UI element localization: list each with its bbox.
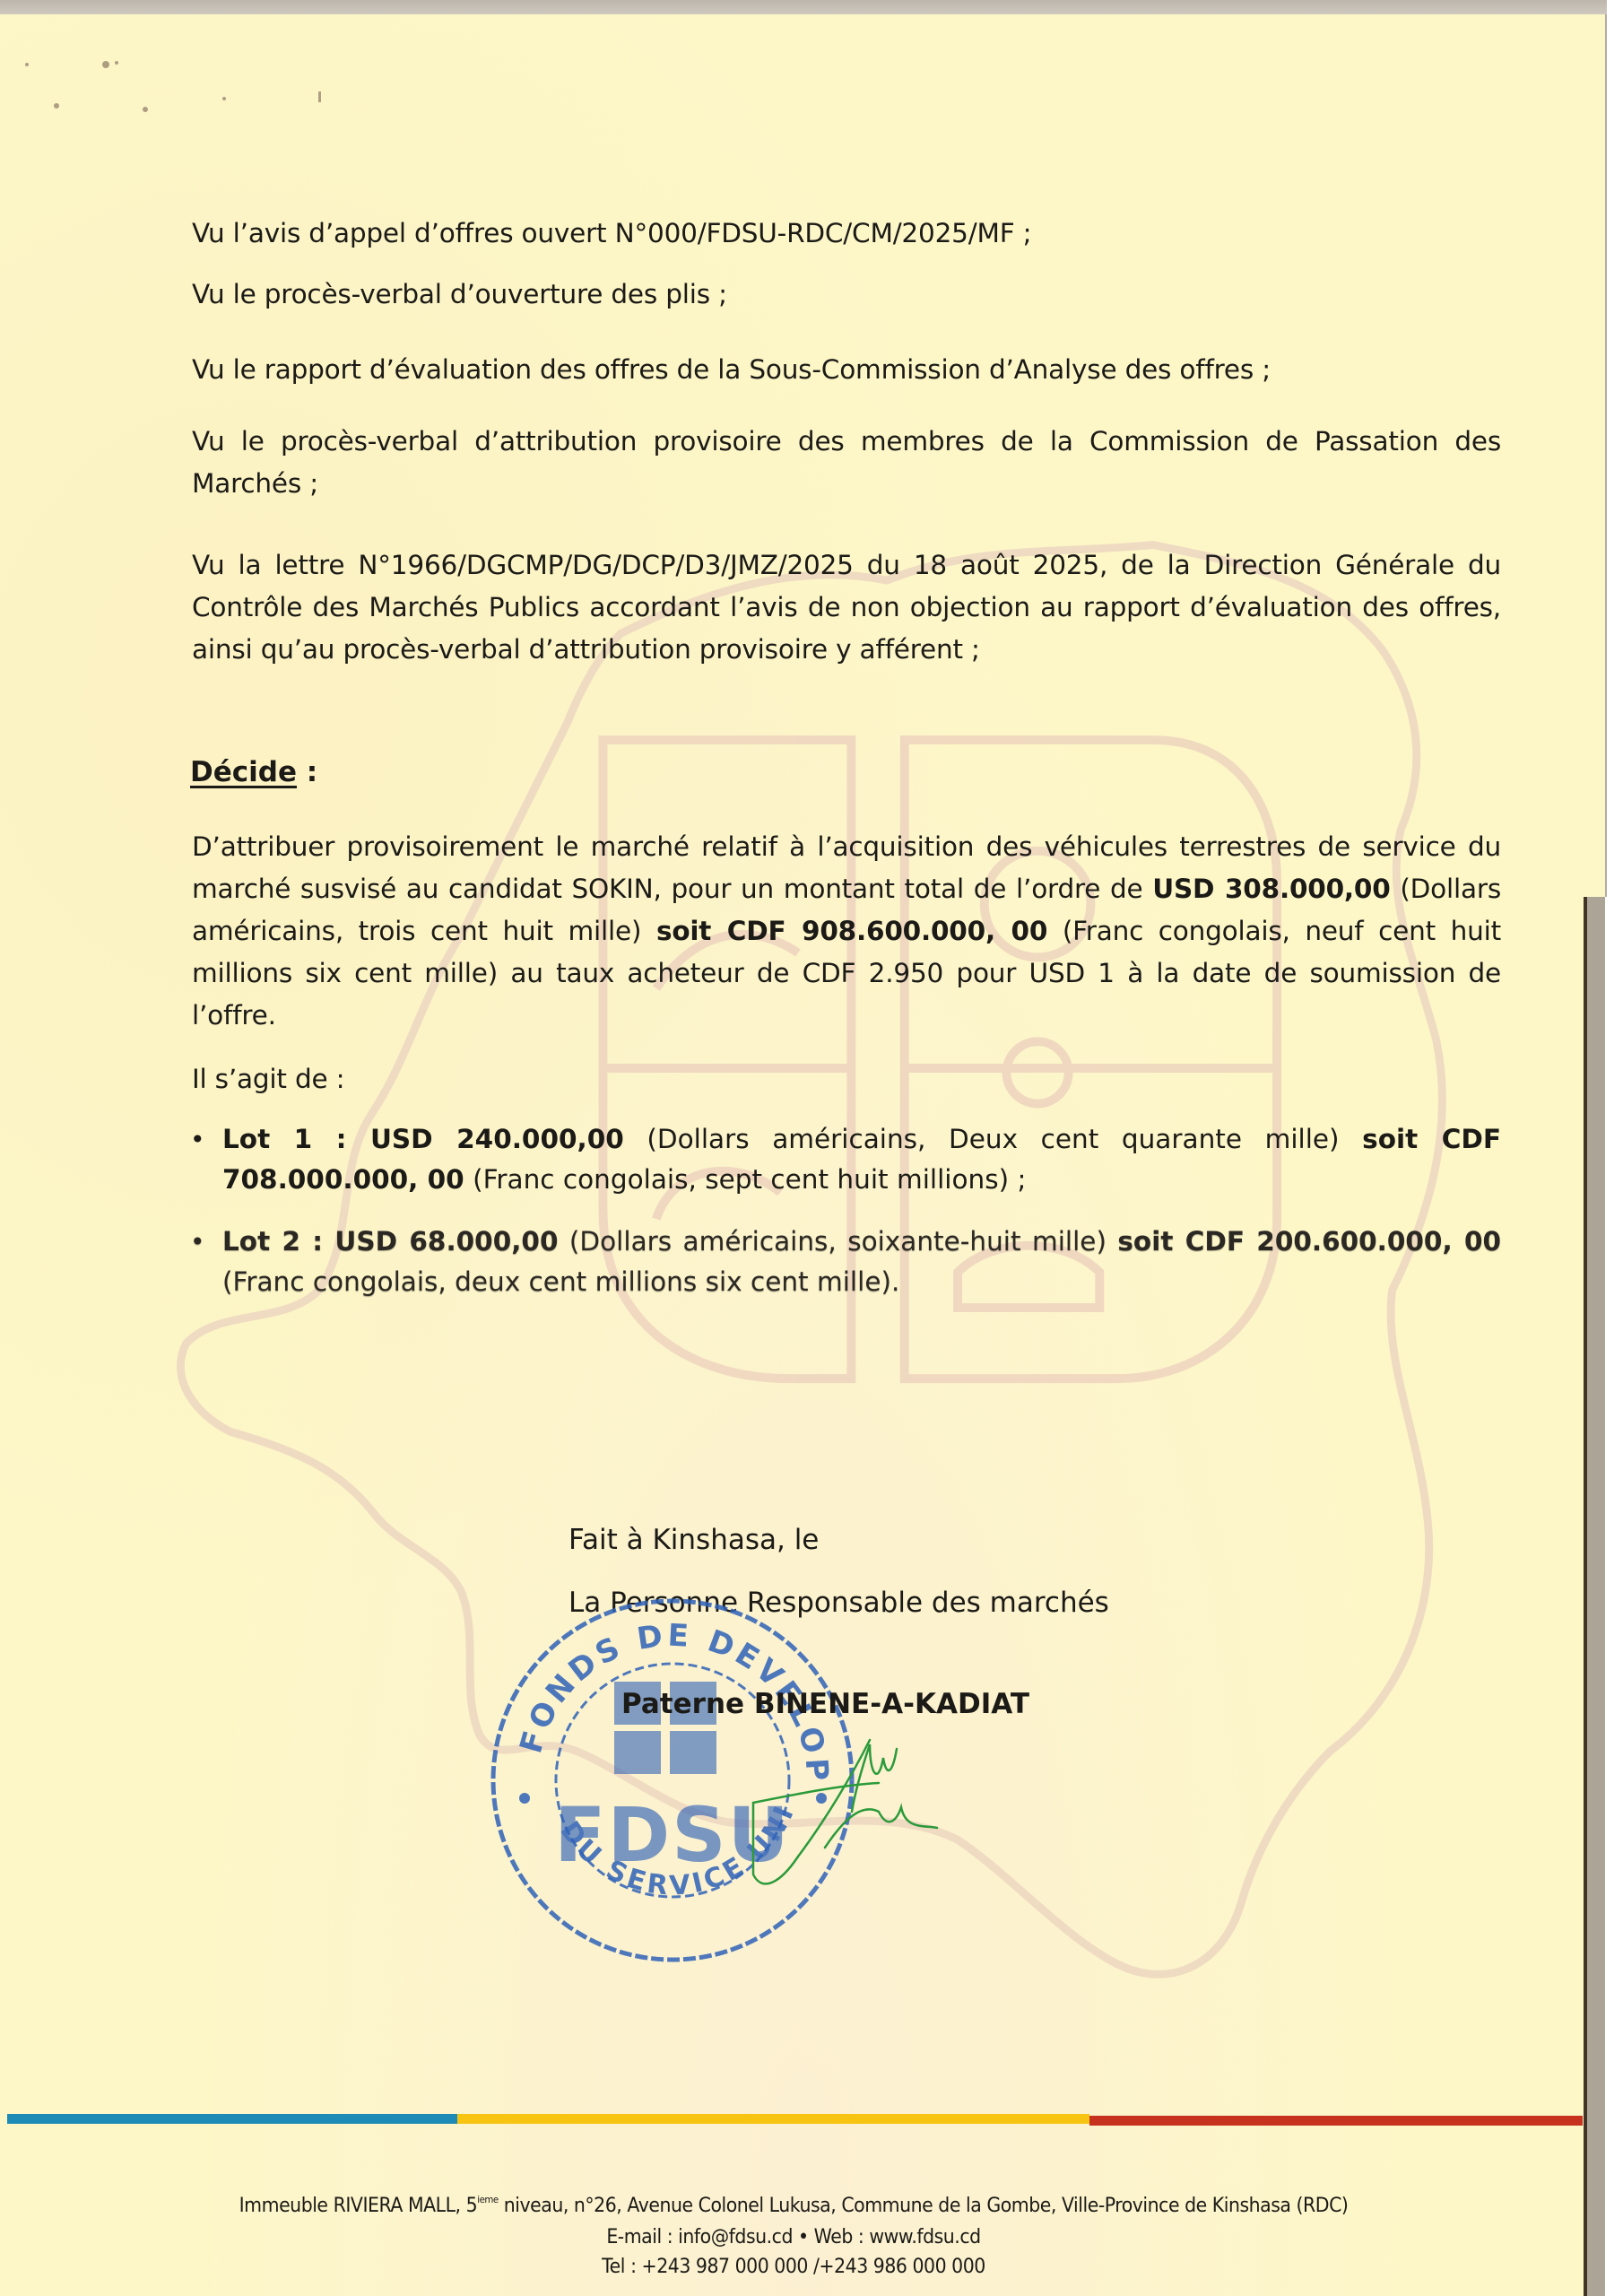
consideration-2: Vu le procès-verbal d’ouverture des plis… xyxy=(192,274,1501,316)
lots-list: Lot 1 : USD 240.000,00 (Dollars américai… xyxy=(190,1119,1501,1324)
decision-paragraph: D’attribuer provisoirement le marché rel… xyxy=(192,826,1501,1037)
consideration-4: Vu le procès-verbal d’attribution provis… xyxy=(192,421,1501,505)
footer-stripe-red xyxy=(1089,2116,1583,2126)
handwritten-signature-icon xyxy=(744,1722,950,1901)
lot-1-cdf-words: (Franc congolais, sept cent huit million… xyxy=(464,1164,1027,1195)
lot-2-usd: Lot 2 : USD 68.000,00 xyxy=(222,1226,559,1257)
footer-phone: Tel : +243 987 000 000 /+243 986 000 000 xyxy=(56,2256,1532,2278)
decision-heading-colon: : xyxy=(297,756,317,788)
page-edge-shadow xyxy=(1584,897,1605,2296)
scan-specks xyxy=(0,0,359,126)
footer-contact: E-mail : info@fdsu.cd • Web : www.fdsu.c… xyxy=(56,2226,1532,2248)
footer-address-pre: Immeuble RIVIERA MALL, 5 xyxy=(239,2195,478,2217)
footer-address-sup: ieme xyxy=(477,2194,499,2205)
total-cdf-amount: soit CDF 908.600.000, 00 xyxy=(656,916,1047,946)
consideration-3: Vu le rapport d’évaluation des offres de… xyxy=(192,349,1501,391)
decision-heading: Décide : xyxy=(190,756,317,788)
signatory-name: Paterne BINENE-A-KADIAT xyxy=(621,1688,1029,1720)
decision-heading-label: Décide xyxy=(190,756,297,788)
lots-intro: Il s’agit de : xyxy=(192,1058,1501,1100)
footer-stripe-blue xyxy=(7,2114,457,2124)
consideration-1: Vu l’avis d’appel d’offres ouvert N°000/… xyxy=(192,213,1501,255)
place-date: Fait à Kinshasa, le xyxy=(568,1509,1109,1571)
total-usd-amount: USD 308.000,00 xyxy=(1152,874,1390,904)
footer-stripe-yellow xyxy=(457,2114,1089,2124)
lot-item-2: Lot 2 : USD 68.000,00 (Dollars américain… xyxy=(190,1222,1501,1302)
lot-1-usd-words: (Dollars américains, Deux cent quarante … xyxy=(624,1124,1362,1154)
lot-2-cdf: soit CDF 200.600.000, 00 xyxy=(1117,1226,1501,1257)
lot-2-usd-words: (Dollars américains, soixante-huit mille… xyxy=(559,1226,1118,1257)
consideration-5: Vu la lettre N°1966/DGCMP/DG/DCP/D3/JMZ/… xyxy=(192,544,1501,671)
footer-address: Immeuble RIVIERA MALL, 5ieme niveau, n°2… xyxy=(56,2194,1532,2217)
page-edge xyxy=(1605,14,1607,897)
lot-1-usd: Lot 1 : USD 240.000,00 xyxy=(222,1124,624,1154)
footer-address-post: niveau, n°26, Avenue Colonel Lukusa, Com… xyxy=(499,2195,1349,2217)
lot-item-1: Lot 1 : USD 240.000,00 (Dollars américai… xyxy=(190,1119,1501,1200)
lot-2-cdf-words: (Franc congolais, deux cent millions six… xyxy=(222,1266,899,1297)
